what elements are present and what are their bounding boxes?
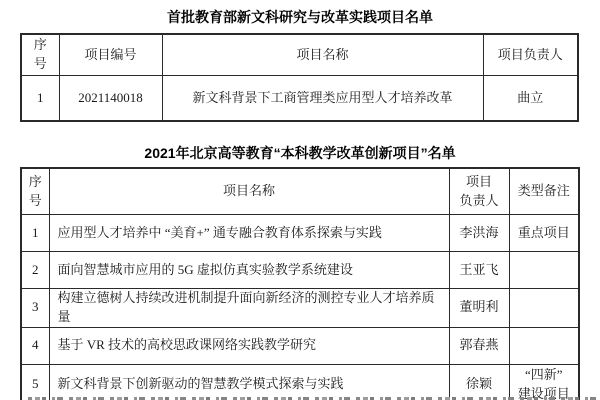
table2-row: 5 新文科背景下创新驱动的智慧教学模式探索与实践 徐颖 “四新” 建设项目	[21, 364, 579, 400]
document-page: 首批教育部新文科研究与改革实践项目名单 序 号 项目编号 项目名称 项目负责人 …	[0, 9, 600, 400]
table2-cell-note	[509, 327, 579, 364]
table2-cell-leader: 徐颖	[449, 364, 509, 400]
table1-cell-name: 新文科背景下工商管理类应用型人才培养改革	[162, 76, 483, 122]
table2-cell-leader: 董明利	[449, 289, 509, 328]
table2-cell-note	[509, 252, 579, 289]
table2-header-name: 项目名称	[49, 168, 449, 215]
table1-title: 首批教育部新文科研究与改革实践项目名单	[0, 9, 600, 26]
table1-header-leader: 项目负责人	[483, 34, 578, 76]
table2-row: 2 面向智慧城市应用的 5G 虚拟仿真实验教学系统建设 王亚飞	[21, 252, 579, 289]
table1-header-num: 序 号	[21, 34, 59, 76]
table2-cell-name: 新文科背景下创新驱动的智慧教学模式探索与实践	[49, 364, 449, 400]
table2-cell-num: 3	[21, 289, 49, 328]
table1-header-code: 项目编号	[59, 34, 162, 76]
table1-cell-num: 1	[21, 76, 59, 122]
table2-header-row: 序 号 项目名称 项目 负责人 类型备注	[21, 168, 579, 215]
table2-cell-note: 重点项目	[509, 215, 579, 252]
table2-row: 1 应用型人才培养中 “美育+” 通专融合教育体系探索与实践 李洪海 重点项目	[21, 215, 579, 252]
table2-title: 2021年北京高等教育“本科教学改革创新项目”名单	[0, 145, 600, 162]
table2-header-note: 类型备注	[509, 168, 579, 215]
table2-header-leader: 项目 负责人	[449, 168, 509, 215]
table2-cell-name: 应用型人才培养中 “美育+” 通专融合教育体系探索与实践	[49, 215, 449, 252]
table2-cell-name: 基于 VR 技术的高校思政课网络实践教学研究	[49, 327, 449, 364]
table2-cell-name: 构建立德树人持续改进机制提升面向新经济的测控专业人才培养质量	[49, 289, 449, 328]
table2-cell-leader: 郭春燕	[449, 327, 509, 364]
table2-cell-name: 面向智慧城市应用的 5G 虚拟仿真实验教学系统建设	[49, 252, 449, 289]
table1-cell-leader: 曲立	[483, 76, 578, 122]
table1-row: 1 2021140018 新文科背景下工商管理类应用型人才培养改革 曲立	[21, 76, 578, 122]
table1-header-row: 序 号 项目编号 项目名称 项目负责人	[21, 34, 578, 76]
table2-cell-note	[509, 289, 579, 328]
table2-cell-num: 5	[21, 364, 49, 400]
table1-header-name: 项目名称	[162, 34, 483, 76]
table2-cell-num: 1	[21, 215, 49, 252]
table2-row: 3 构建立德树人持续改进机制提升面向新经济的测控专业人才培养质量 董明利	[21, 289, 579, 328]
table2-cell-leader: 王亚飞	[449, 252, 509, 289]
table2-cell-leader: 李洪海	[449, 215, 509, 252]
table1: 序 号 项目编号 项目名称 项目负责人 1 2021140018 新文科背景下工…	[20, 33, 579, 122]
table2: 序 号 项目名称 项目 负责人 类型备注 1 应用型人才培养中 “美育+” 通专…	[20, 167, 580, 400]
table2-header-num: 序 号	[21, 168, 49, 215]
table1-cell-code: 2021140018	[59, 76, 162, 122]
table2-row: 4 基于 VR 技术的高校思政课网络实践教学研究 郭春燕	[21, 327, 579, 364]
table2-cell-num: 4	[21, 327, 49, 364]
table2-cell-num: 2	[21, 252, 49, 289]
table2-cell-note: “四新” 建设项目	[509, 364, 579, 400]
